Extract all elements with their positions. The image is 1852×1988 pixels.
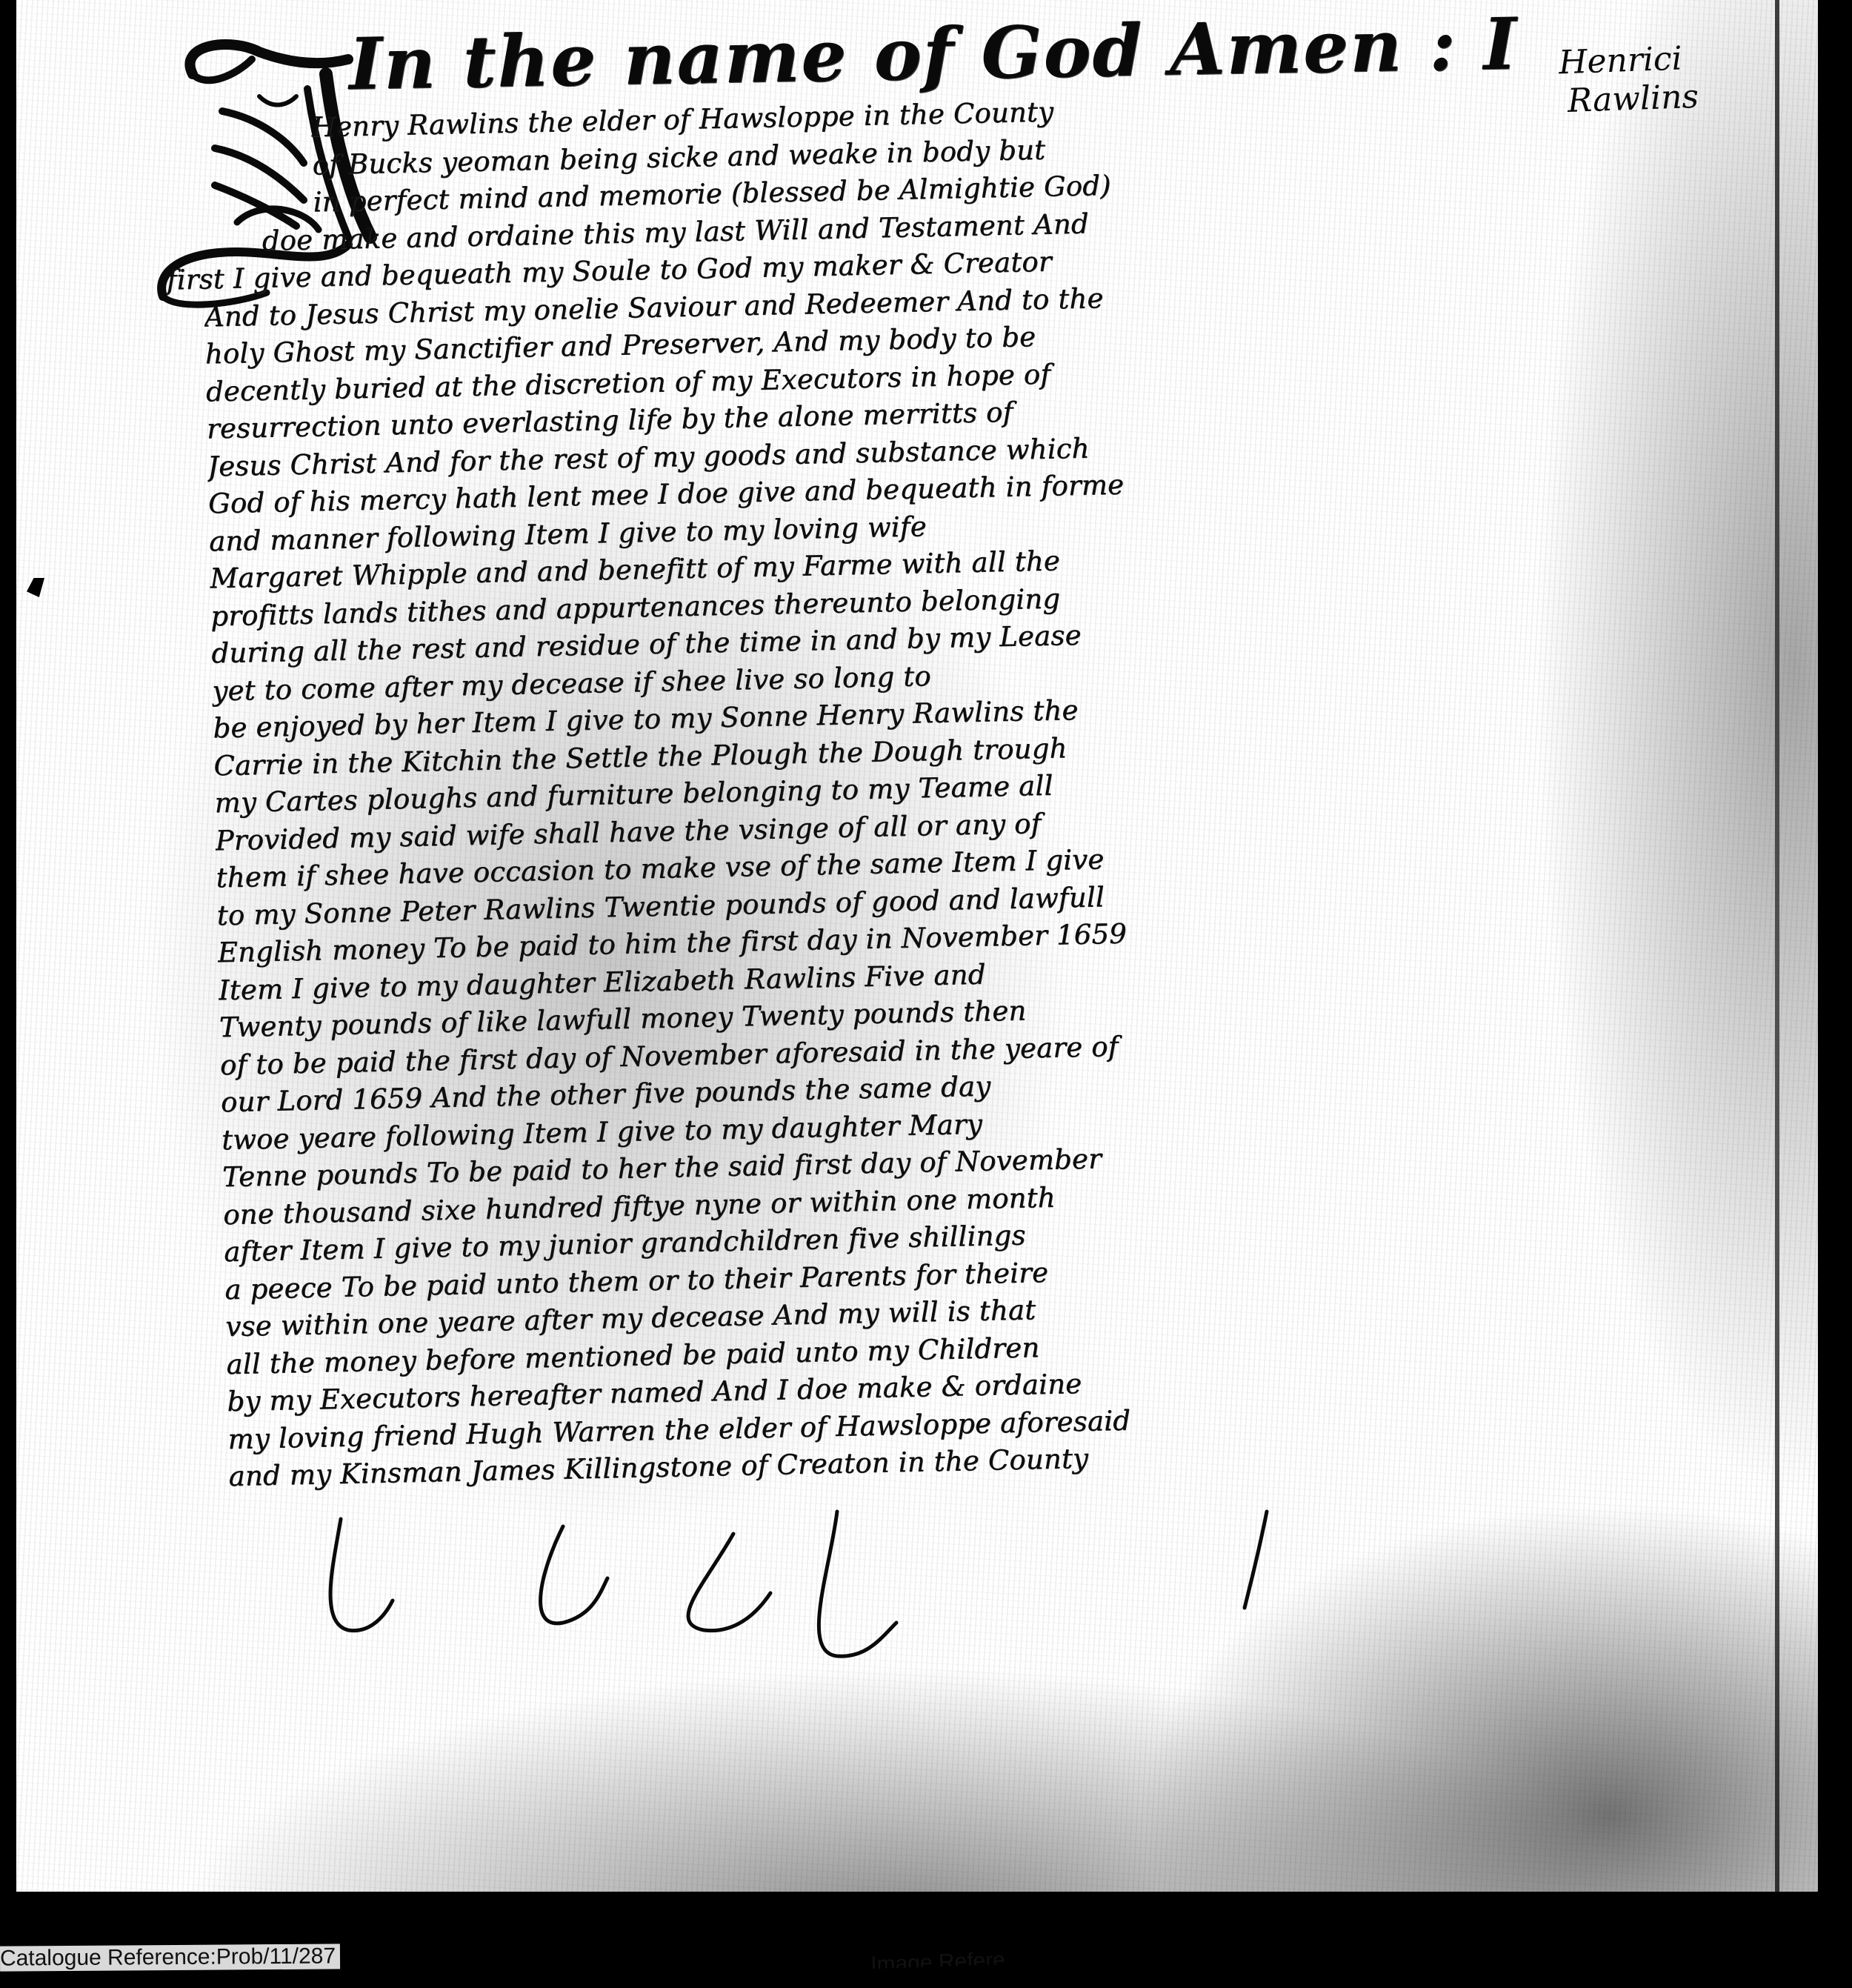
margin-note: Henrici Rawlins [1558,38,1745,122]
scan-border-left [0,0,16,1988]
margin-note-line-2: Rawlins [1559,76,1746,122]
will-body-text: Henry Rawlins the elder of Hawsloppe in … [215,86,1459,1495]
page-edge-shadow [1775,0,1779,1927]
descender-flourish-icon [319,1504,1430,1667]
catalogue-reference: Catalogue Reference:Prob/11/287 [0,1944,340,1971]
margin-note-line-1: Henrici [1558,38,1745,83]
scan-border-right [1818,0,1852,1988]
scan-border-bottom [0,1892,1852,1988]
